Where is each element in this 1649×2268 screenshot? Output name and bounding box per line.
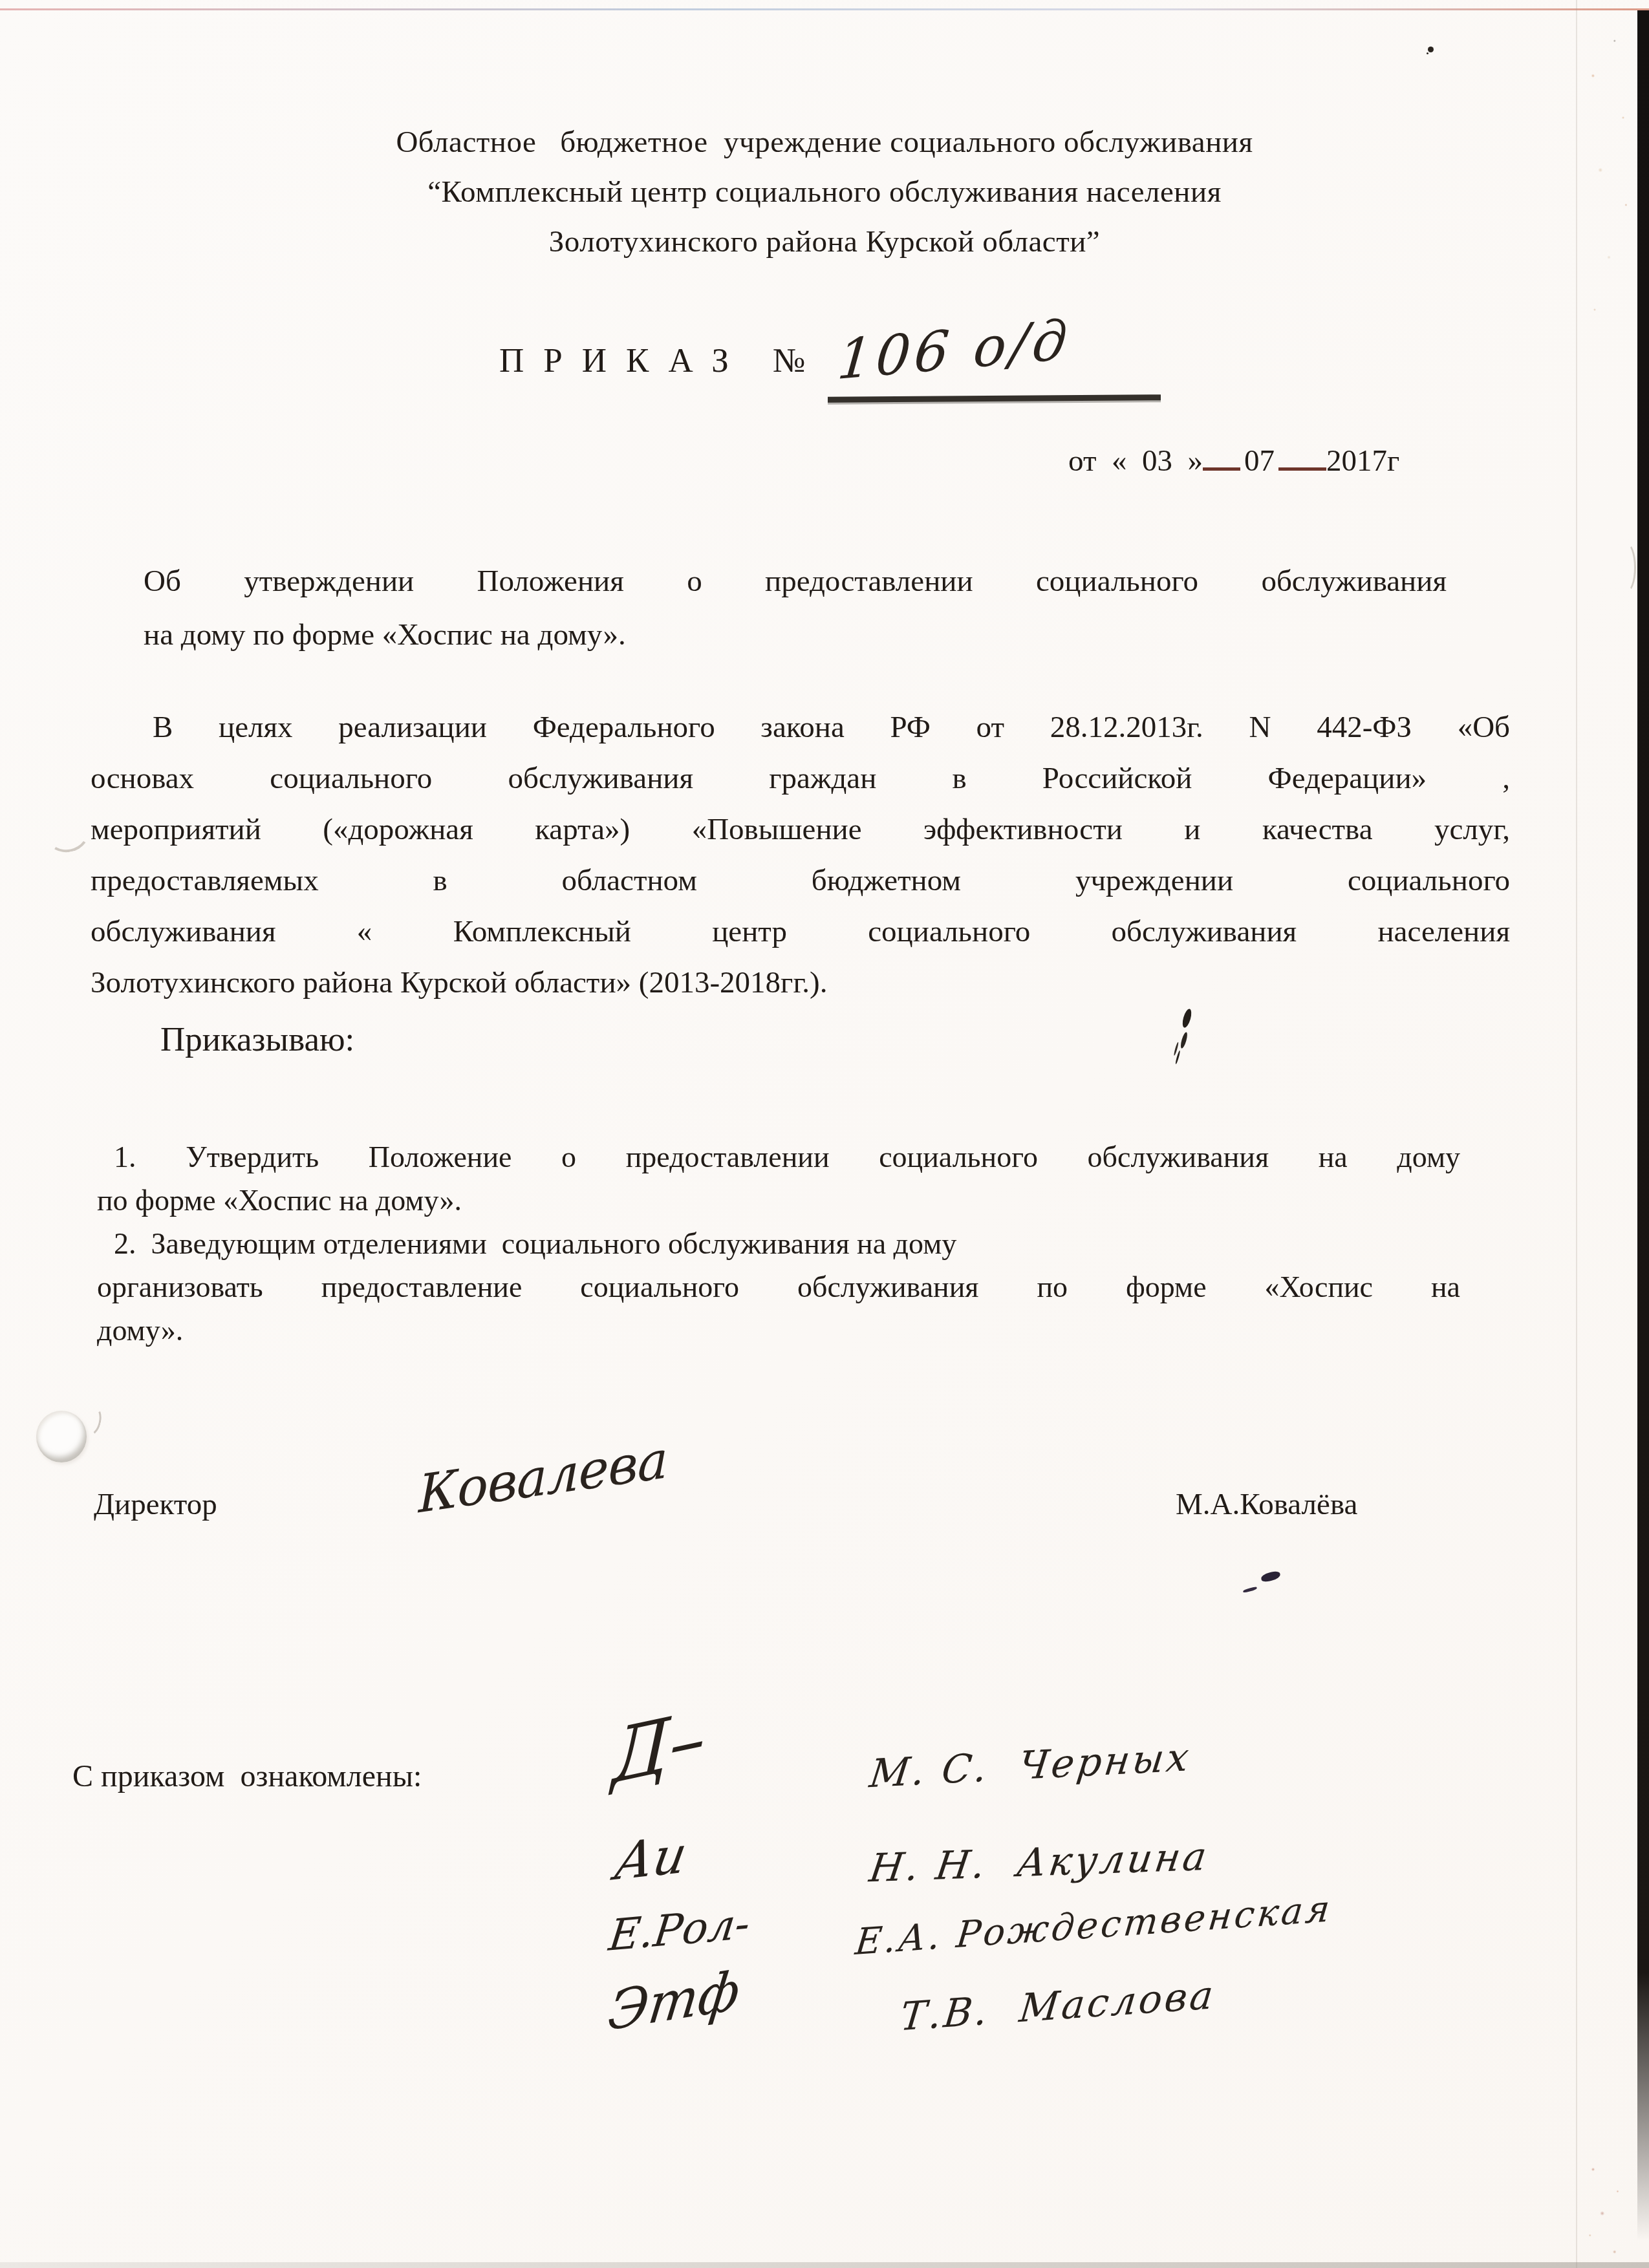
subject-line-2: на дому по форме «Хоспис на дому». <box>144 608 1447 662</box>
acknowledged-name-3: Е.А. Рождественская <box>853 1888 1334 1963</box>
date-year: 2017г <box>1326 444 1399 478</box>
item-2-line-1: 2. Заведующим отделениями социального об… <box>97 1222 1460 1265</box>
director-name: М.А.Ковалёва <box>1176 1487 1357 1522</box>
org-name-line-1: Областное бюджетное учреждение социально… <box>145 118 1503 167</box>
scanned-order-page: Областное бюджетное учреждение социально… <box>0 0 1649 2268</box>
date-underline-long <box>1278 467 1326 471</box>
item-1-line-1: 1. Утвердить Положение о предоставлении … <box>97 1135 1460 1179</box>
item-2-line-3: дому». <box>97 1309 1460 1352</box>
item-1-line-2: по форме «Хоспис на дому». <box>97 1179 1460 1222</box>
scan-speckles-top <box>1580 13 1637 362</box>
signature-scribble-4: Этф <box>605 1959 743 2043</box>
signature-scribble-3: Е.Рол- <box>607 1898 753 1961</box>
body-line-6: Золотухинского района Курской области» (… <box>91 957 1510 1009</box>
subject-line-1: Об утверждении Положения о предоставлени… <box>144 555 1447 608</box>
order-title: ПРИКАЗ <box>499 341 748 380</box>
scan-page-edge-line <box>1576 0 1577 2268</box>
signature-scribble-2: Аи <box>610 1825 691 1892</box>
item-2-line-2: организовать предоставление социального … <box>97 1265 1460 1309</box>
ink-speck <box>1428 47 1434 52</box>
date-underline-short <box>1203 467 1240 471</box>
acknowledged-name-4: Т.В. Маслова <box>898 1973 1218 2040</box>
order-number-sign: № <box>773 341 806 380</box>
punch-hole-shadow <box>42 809 93 857</box>
body-line-5: обслуживания « Комплексный центр социаль… <box>91 906 1510 957</box>
date-prefix: от « 03 » <box>1068 444 1203 478</box>
acknowledgement-label: С приказом ознакомлены: <box>72 1759 422 1794</box>
body-line-1: В целях реализации Федерального закона Р… <box>91 702 1510 753</box>
director-signature: Ковалева <box>418 1429 667 1524</box>
date-line: от « 03 »072017г <box>1068 444 1399 480</box>
ink-blot <box>1181 1008 1193 1029</box>
scan-bottom-edge <box>0 2262 1649 2268</box>
order-items: 1. Утвердить Положение о предоставлении … <box>97 1135 1460 1352</box>
acknowledged-name-1: М. С. Черных <box>867 1735 1194 1797</box>
scan-speckles-bottom <box>1575 2153 1636 2263</box>
order-number-underline <box>828 394 1161 403</box>
body-line-2: основах социального обслуживания граждан… <box>91 753 1510 804</box>
page-curl-mark <box>1615 542 1636 594</box>
order-number-handwritten: 106 о/д <box>835 308 1073 392</box>
body-line-4: предоставляемых в областном бюджетном уч… <box>91 855 1510 906</box>
ink-blot <box>1260 1570 1281 1583</box>
resolution-word: Приказываю: <box>160 1020 354 1059</box>
org-name-line-2: “Комплексный центр социального обслужива… <box>145 167 1503 217</box>
body-paragraph: В целях реализации Федерального закона Р… <box>91 702 1510 1009</box>
director-title: Директор <box>94 1487 217 1522</box>
date-month: 07 <box>1240 444 1278 480</box>
scan-top-edge-line <box>0 8 1649 10</box>
signature-scribble-1: Д– <box>610 1695 707 1801</box>
acknowledged-name-2: Н. Н. Акулина <box>867 1834 1212 1892</box>
org-header: Областное бюджетное учреждение социально… <box>145 118 1503 267</box>
org-name-line-3: Золотухинского района Курской области” <box>145 217 1503 267</box>
subject-block: Об утверждении Положения о предоставлени… <box>144 555 1447 662</box>
body-line-3: мероприятий («дорожная карта») «Повышени… <box>91 804 1510 855</box>
punch-hole <box>36 1411 87 1462</box>
scan-right-black-strip <box>1637 10 1649 2241</box>
